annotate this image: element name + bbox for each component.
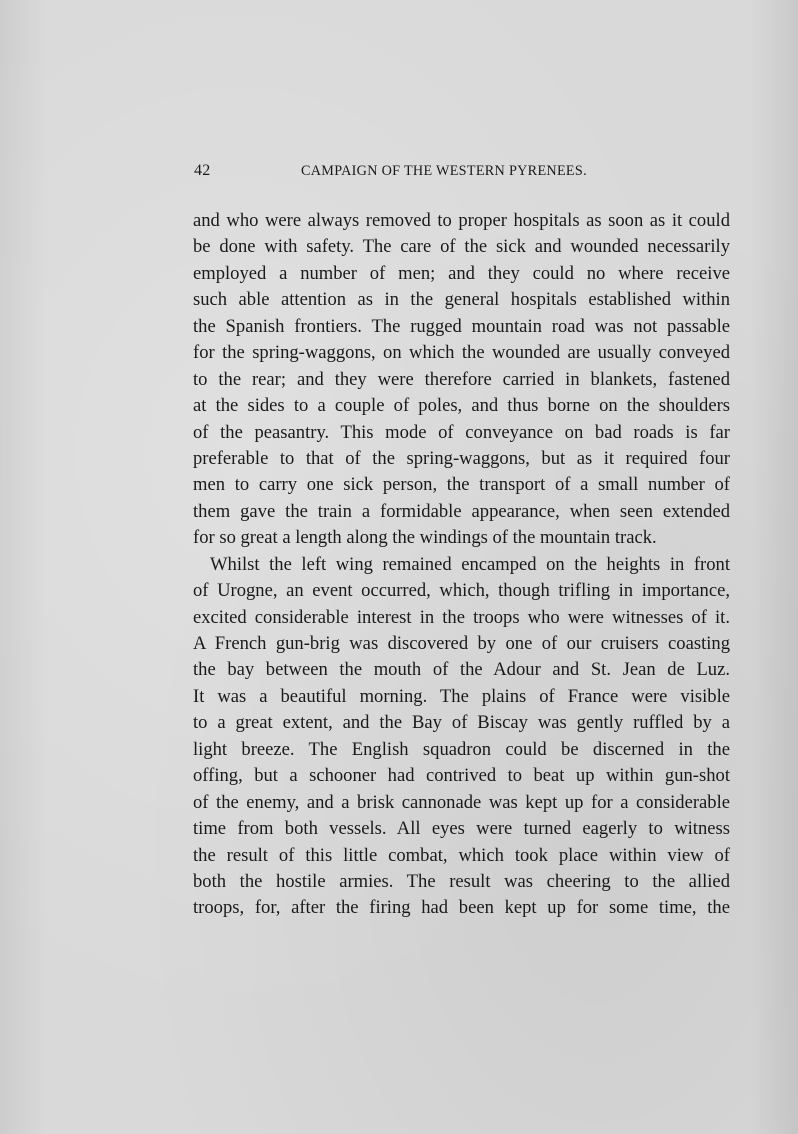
book-page: 42 CAMPAIGN OF THE WESTERN PYRENEES. and… <box>0 0 798 1134</box>
text-line: of the enemy, and a brisk cannonade was … <box>193 790 730 816</box>
text-line: to a great extent, and the Bay of Biscay… <box>193 710 730 736</box>
text-line: employed a number of men; and they could… <box>193 261 730 287</box>
text-line: for so great a length along the windings… <box>193 525 730 551</box>
text-line: time from both vessels. All eyes were tu… <box>193 816 730 842</box>
text-line: the bay between the mouth of the Adour a… <box>193 657 730 683</box>
text-line: of the peasantry. This mode of conveyanc… <box>193 420 730 446</box>
text-line: at the sides to a couple of poles, and t… <box>193 393 730 419</box>
text-line: the result of this little combat, which … <box>193 843 730 869</box>
text-line: preferable to that of the spring-waggons… <box>193 446 730 472</box>
text-line: excited considerable interest in the tro… <box>193 605 730 631</box>
text-line: men to carry one sick person, the transp… <box>193 472 730 498</box>
text-line: A French gun-brig was discovered by one … <box>193 631 730 657</box>
text-line: them gave the train a formidable appeara… <box>193 499 730 525</box>
page-number: 42 <box>194 162 210 180</box>
paragraph-2: Whilst the left wing remained encamped o… <box>193 552 730 922</box>
text-line: both the hostile armies. The result was … <box>193 869 730 895</box>
text-line: of Urogne, an event occurred, which, tho… <box>193 578 730 604</box>
text-line: Whilst the left wing remained encamped o… <box>193 552 730 578</box>
text-line: light breeze. The English squadron could… <box>193 737 730 763</box>
text-line: for the spring-waggons, on which the wou… <box>193 340 730 366</box>
text-line: offing, but a schooner had contrived to … <box>193 763 730 789</box>
running-head-title: CAMPAIGN OF THE WESTERN PYRENEES. <box>301 163 587 180</box>
text-line: It was a beautiful morning. The plains o… <box>193 684 730 710</box>
body-text: and who were always removed to proper ho… <box>193 208 730 922</box>
text-line: troops, for, after the firing had been k… <box>193 895 730 921</box>
paragraph-1: and who were always removed to proper ho… <box>193 208 730 552</box>
running-head: 42 CAMPAIGN OF THE WESTERN PYRENEES. <box>194 162 730 186</box>
text-line: the Spanish frontiers. The rugged mounta… <box>193 314 730 340</box>
text-line: such able attention as in the general ho… <box>193 287 730 313</box>
text-line: be done with safety. The care of the sic… <box>193 234 730 260</box>
text-line: to the rear; and they were therefore car… <box>193 367 730 393</box>
text-line: and who were always removed to proper ho… <box>193 208 730 234</box>
